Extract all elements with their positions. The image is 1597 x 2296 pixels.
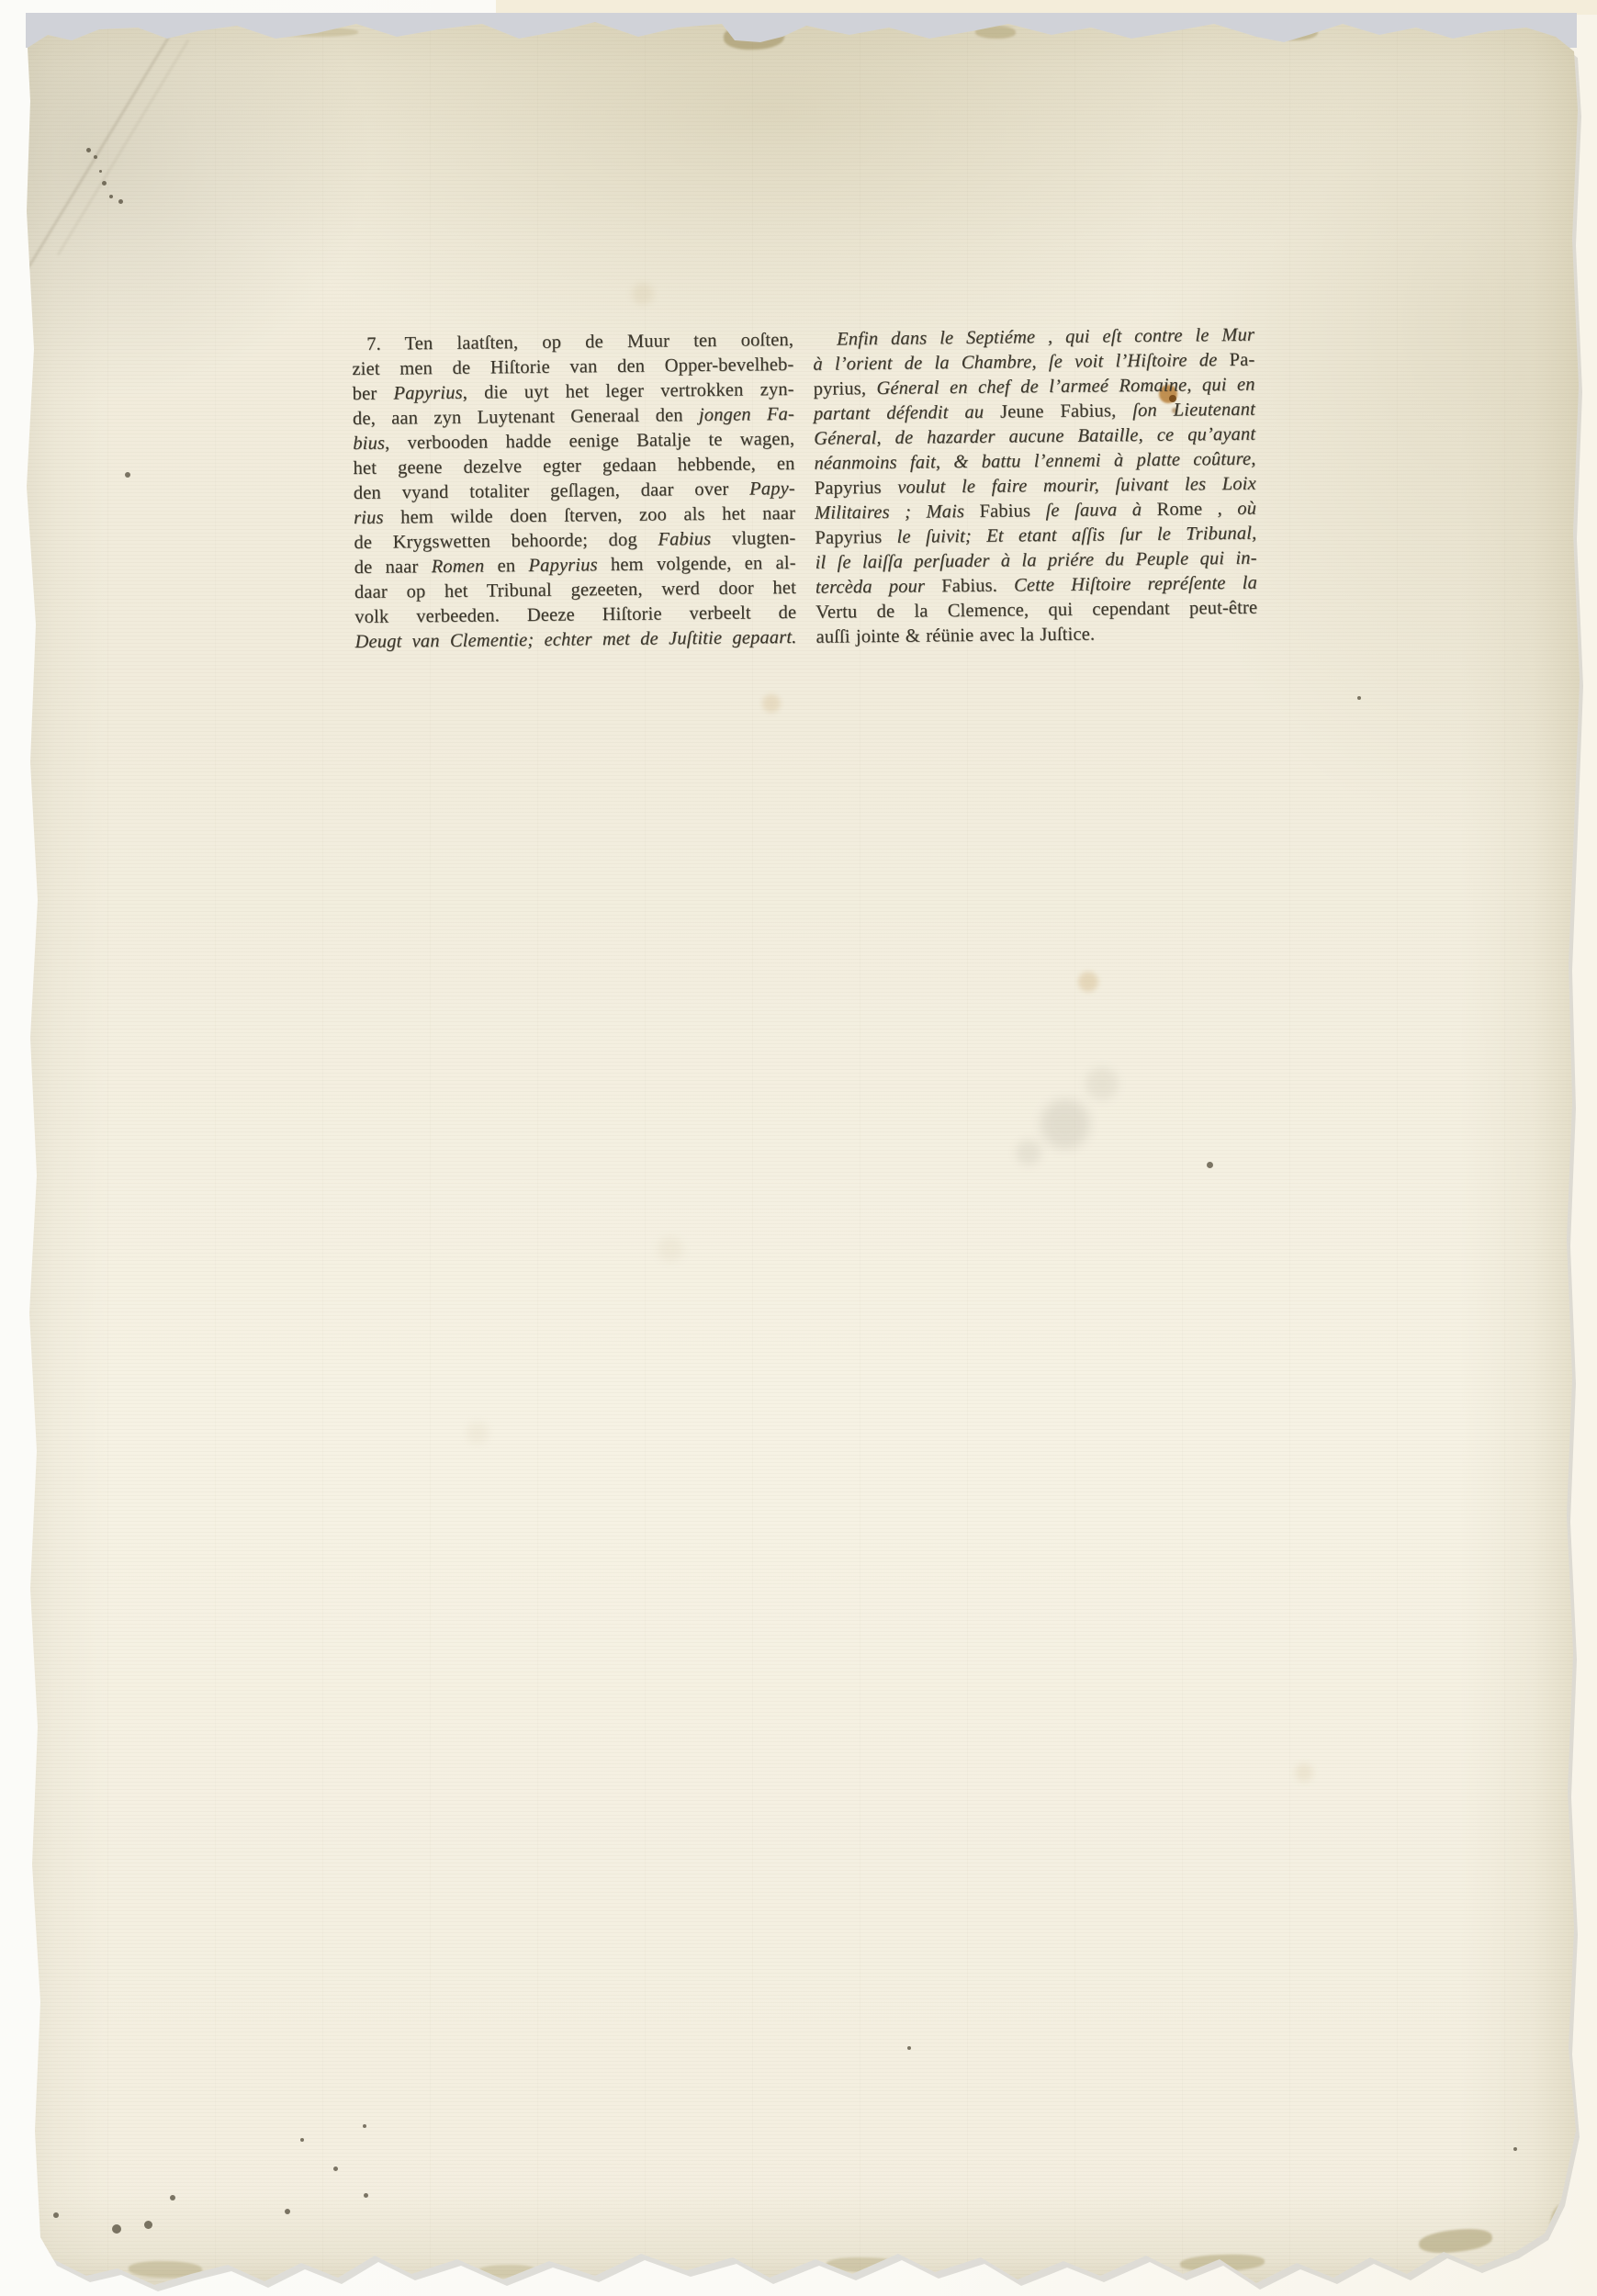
roman-text-segment: den vyand totaliter geſlagen, daar over	[354, 478, 750, 503]
italic-text-segment: , où	[1202, 499, 1256, 520]
ink-speck	[1357, 696, 1361, 700]
italic-text-segment: Papyrius	[528, 555, 597, 576]
roman-text-segment: daar op het Tribunal gezeeten, werd door…	[354, 578, 796, 602]
paper-sheet: 7. Ten laatſten, op de Muur ten ooſten,z…	[0, 0, 1597, 2296]
ink-speck	[907, 2046, 911, 2050]
roman-text-segment: het geene dezelve egter gedaan hebbende,…	[353, 454, 794, 478]
roman-text-segment: vlugten-	[711, 528, 795, 549]
roman-text-segment: ber	[353, 384, 394, 404]
ink-speck	[364, 2193, 368, 2198]
italic-text-segment: Géneral, de hazarder aucune Bataille, ce…	[814, 424, 1255, 449]
italic-text-segment: Enfin dans le Septiéme , qui eſt contre …	[837, 325, 1254, 350]
roman-text-segment: volk verbeeden. Deeze Hiſtorie verbeelt …	[354, 602, 796, 627]
stain-spot	[762, 694, 781, 713]
stain-spot	[1295, 1763, 1313, 1782]
ink-speck	[300, 2138, 304, 2142]
italic-text-segment: à l’orient de la Chambre, ſe voit l’Hiſt…	[813, 350, 1229, 375]
stain-spot	[658, 1236, 683, 1262]
italic-text-segment: partant défendit au	[814, 402, 1000, 424]
italic-text-segment: néanmoins fait, & battu l’ennemi à platt…	[814, 449, 1255, 474]
paper-crease	[24, 28, 174, 274]
ink-speck	[118, 199, 123, 204]
ink-speck	[333, 2167, 338, 2171]
scanned-document-page: 7. Ten laatſten, op de Muur ten ooſten,z…	[0, 0, 1597, 2296]
ink-speck	[94, 155, 97, 159]
roman-text-segment: de naar	[354, 557, 432, 578]
italic-text-segment: bius	[353, 433, 385, 454]
roman-text-segment: Pa-	[1229, 350, 1254, 370]
roman-text-segment: , verbooden hadde eenige Batalje te wage…	[385, 429, 794, 454]
italic-text-segment: Militaires ; Mais	[815, 501, 980, 523]
roman-text-segment: Fabius.	[941, 576, 997, 597]
italic-text-segment: rius	[354, 508, 384, 528]
italic-text-segment: Romen	[432, 557, 485, 578]
roman-text-segment: Papyrius	[815, 478, 882, 499]
roman-text-segment: , die uyt het leger vertrokken zyn-	[463, 379, 794, 403]
torn-edge-flap	[1418, 2226, 1493, 2256]
ink-speck	[285, 2209, 290, 2214]
stain-spot	[632, 283, 654, 305]
ink-speck	[1513, 2147, 1517, 2151]
roman-text-segment: auſſi jointe & réünie avec la Juſtice.	[815, 625, 1095, 647]
italic-text-segment: voulut le faire mourir, ſuivant les Loix	[882, 474, 1256, 498]
ink-speck	[112, 2224, 121, 2234]
italic-text-segment: , Géneral en chef de l’armeé Romaine, qu…	[861, 375, 1255, 399]
paper-crease	[57, 39, 189, 255]
ink-speck	[102, 181, 107, 186]
italic-text-segment: ſe ſauva à	[1030, 500, 1157, 521]
stain-spot	[1085, 1067, 1119, 1100]
italic-text-segment: jongen Fa-	[699, 404, 794, 425]
ink-speck	[109, 195, 113, 198]
roman-text-segment: hem volgende, en al-	[598, 553, 796, 575]
ink-speck	[53, 2212, 59, 2218]
french-column: Enfin dans le Septiéme , qui eſt contre …	[813, 323, 1258, 650]
ink-speck	[86, 148, 91, 152]
text-block: 7. Ten laatſten, op de Muur ten ooſten,z…	[352, 323, 1258, 655]
roman-text-segment: pyrius	[814, 378, 861, 400]
roman-text-segment: Vertu de la Clemence, qui cependant peut…	[815, 598, 1257, 623]
italic-text-segment: il ſe laiſſa perſuader à la priére du Pe…	[815, 548, 1257, 573]
roman-text-segment: ziet men de Hiſtorie van den Opper-bevel…	[352, 355, 793, 379]
dutch-column: 7. Ten laatſten, op de Muur ten ooſten,z…	[352, 328, 797, 655]
roman-text-segment: en	[484, 556, 528, 577]
ink-speck	[363, 2124, 366, 2128]
roman-text-segment: 7. Ten laatſten, op de Muur ten ooſten,	[366, 330, 793, 355]
ink-speck	[1207, 1162, 1213, 1168]
roman-text-segment: Jeune Fabius	[1000, 400, 1111, 422]
stain-spot	[1078, 972, 1098, 992]
roman-text-segment: de, aan zyn Luytenant Generaal den	[353, 405, 699, 429]
italic-text-segment: , ſon Lieutenant	[1111, 400, 1255, 422]
italic-text-segment: Papyrius	[393, 383, 462, 404]
stain-spot	[1016, 1140, 1041, 1165]
roman-text-segment: Rome	[1156, 499, 1202, 520]
roman-text-segment: hem wilde doen ſterven, zoo als het naar	[384, 503, 796, 528]
ink-speck	[125, 472, 130, 478]
roman-text-segment: de Krygswetten behoorde; dog	[354, 530, 658, 553]
text-line: Deugt van Clementie; echter met de Juſti…	[354, 625, 796, 655]
roman-text-segment: Fabius	[979, 501, 1030, 522]
italic-text-segment: le ſuivit; Et etant aſſis ſur le Tribuna…	[882, 523, 1256, 547]
italic-text-segment: Cette Hiſtoire repréſente la	[997, 573, 1257, 596]
stain-spot	[467, 1422, 489, 1444]
ink-speck	[144, 2221, 152, 2229]
roman-text-segment: Papyrius	[815, 527, 882, 548]
text-line: Vertu de la Clemence, qui cependant peut…	[815, 596, 1257, 625]
stain-spot	[1040, 1099, 1090, 1149]
ink-speck	[99, 170, 102, 173]
italic-text-segment: Papy-	[749, 478, 795, 500]
italic-text-segment: Fabius	[658, 529, 711, 550]
italic-text-segment: tercèda pour	[815, 576, 941, 597]
ink-speck	[170, 2195, 175, 2200]
italic-text-segment: Deugt van Clementie; echter met de Juſti…	[354, 627, 796, 652]
text-line: auſſi jointe & réünie avec la Juſtice.	[815, 621, 1257, 650]
